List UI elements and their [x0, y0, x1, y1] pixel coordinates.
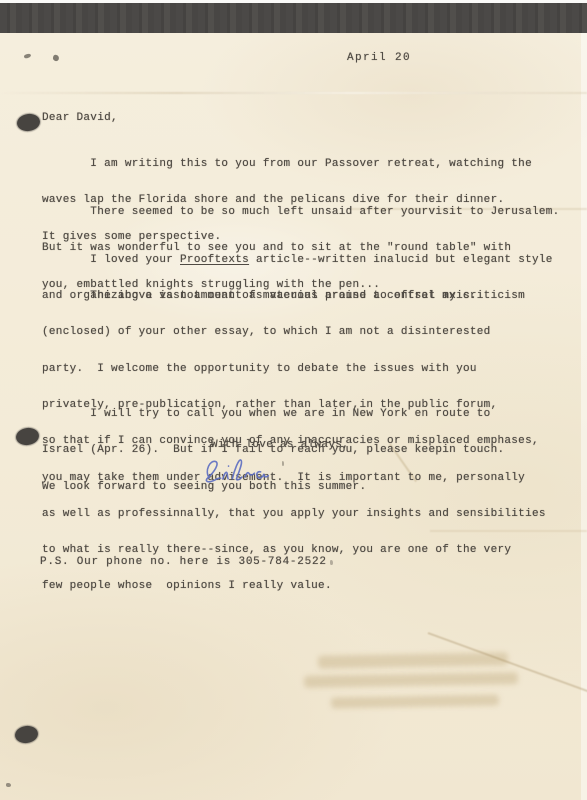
postscript-line: P.S. Our phone no. here is 305-784-2522	[40, 556, 327, 568]
scanner-background-band	[0, 3, 587, 35]
body-line: party. I welcome the opportunity to deba…	[42, 363, 546, 375]
body-text: I loved your	[42, 254, 180, 266]
body-line: I will try to call you when we are in Ne…	[42, 408, 504, 420]
handwritten-signature	[197, 451, 271, 487]
letter-date: April 20	[347, 52, 411, 64]
body-line: I am writing this to you from our Passov…	[42, 158, 532, 170]
paper-right-edge	[581, 33, 587, 800]
underlined-title: Prooftexts	[180, 254, 249, 266]
body-line: We look forward to seeing you both this …	[42, 481, 504, 493]
body-line: few people whose opinions I really value…	[42, 580, 546, 592]
body-text: article--written inalucid but elegant st…	[249, 254, 553, 266]
body-line: to what is really there--since, as you k…	[42, 544, 546, 556]
scanned-letter: April 20 Dear David, I am writing this t…	[0, 0, 587, 800]
closing-line: With love as always,	[211, 439, 349, 451]
crease-line	[0, 92, 587, 94]
salutation: Dear David,	[42, 112, 118, 124]
ink-speck	[6, 783, 11, 787]
body-line: I loved your Prooftexts article--written…	[42, 254, 553, 266]
body-line: (enclosed) of your other essay, to which…	[42, 326, 546, 338]
body-line: There seemed to be so much left unsaid a…	[42, 206, 560, 218]
body-line: The above is not meant as vacuous praise…	[42, 290, 546, 302]
